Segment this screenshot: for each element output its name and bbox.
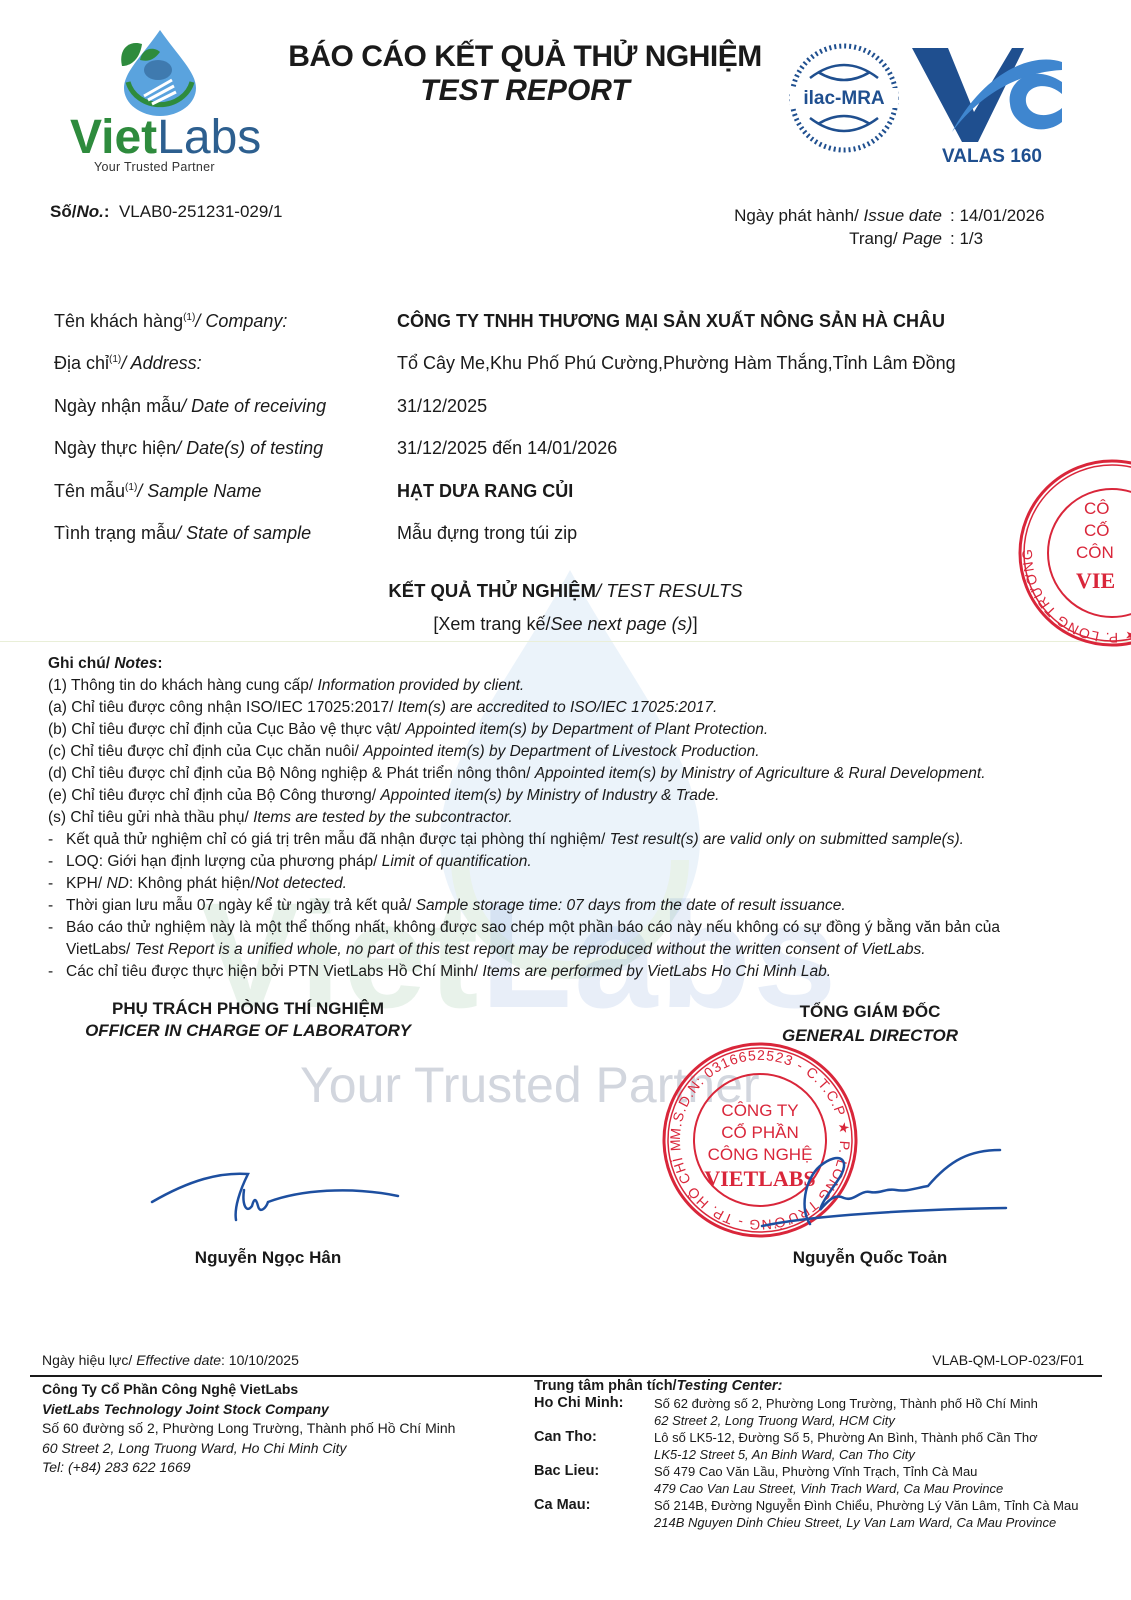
info-value: Tổ Cây Me,Khu Phố Phú Cường,Phường Hàm T… — [397, 353, 1054, 374]
info-row: Ngày thực hiện/ Date(s) of testing31/12/… — [54, 428, 1054, 471]
info-label: Ngày nhận mẫu/ Date of receiving — [54, 396, 397, 417]
info-label: Tình trạng mẫu/ State of sample — [54, 523, 397, 544]
svg-text:CÔN: CÔN — [1076, 543, 1114, 562]
page-edge-stamp: M.S.D.N: 031 ★ P. LONG TRƯỜNG CÔ CỐ CÔN … — [1012, 458, 1131, 648]
logo-tagline: Your Trusted Partner — [94, 160, 215, 174]
note-item: (d) Chỉ tiêu được chỉ định của Bộ Nông n… — [48, 763, 1108, 785]
center-city: Bac Lieu: — [534, 1463, 654, 1480]
note-bullet: -LOQ: Giới hạn định lượng của phương phá… — [48, 851, 1108, 873]
info-row: Tên khách hàng(1)/ Company:CÔNG TY TNHH … — [54, 300, 1054, 343]
general-director-signature-icon — [760, 1140, 1010, 1230]
notes-heading: Ghi chú/ Notes: — [48, 653, 1108, 675]
info-value: 31/12/2025 đến 14/01/2026 — [397, 438, 1054, 459]
center-address-en: LK5-12 Street 5, An Binh Ward, Can Tho C… — [654, 1446, 1104, 1463]
company-name-en: VietLabs Technology Joint Stock Company — [42, 1400, 522, 1420]
report-title-vi: BÁO CÁO KẾT QUẢ THỬ NGHIỆM — [260, 40, 790, 74]
svg-text:M.S.D.N: 031 ★ P. LONG TRƯỜNG: M.S.D.N: 031 ★ P. LONG TRƯỜNG — [1019, 548, 1131, 646]
testing-center-row: Ca Mau:Số 214B, Đường Nguyễn Đình Chiểu,… — [534, 1497, 1104, 1514]
company-name-vi: Công Ty Cổ Phần Công Nghệ VietLabs — [42, 1380, 522, 1400]
center-address-vi: Số 479 Cao Văn Lầu, Phường Vĩnh Trạch, T… — [654, 1463, 1104, 1480]
info-value: CÔNG TY TNHH THƯƠNG MẠI SẢN XUẤT NÔNG SẢ… — [397, 311, 1054, 332]
report-number-value: VLAB0-251231-029/1 — [119, 202, 283, 221]
info-value: Mẫu đựng trong túi zip — [397, 523, 1054, 544]
info-row: Ngày nhận mẫu/ Date of receiving31/12/20… — [54, 385, 1054, 428]
sample-info-table: Tên khách hàng(1)/ Company:CÔNG TY TNHH … — [54, 300, 1054, 555]
effective-date: Ngày hiệu lực/ Effective date: 10/10/202… — [42, 1352, 299, 1368]
page-value: : 1/3 — [942, 227, 1070, 250]
note-item: (s) Chỉ tiêu gửi nhà thầu phụ/ Items are… — [48, 807, 1108, 829]
lab-officer-title: PHỤ TRÁCH PHÒNG THÍ NGHIỆM OFFICER IN CH… — [48, 998, 448, 1042]
company-address-en: 60 Street 2, Long Truong Ward, Ho Chi Mi… — [42, 1439, 522, 1459]
testing-center-row-en: 479 Cao Van Lau Street, Vinh Trach Ward,… — [534, 1480, 1104, 1497]
info-value: 31/12/2025 — [397, 396, 1054, 417]
testing-center-row: Can Tho:Lô số LK5-12, Đường Số 5, Phường… — [534, 1429, 1104, 1446]
testing-center-row-en: LK5-12 Street 5, An Binh Ward, Can Tho C… — [534, 1446, 1104, 1463]
company-address-vi: Số 60 đường số 2, Phường Long Trường, Th… — [42, 1419, 522, 1439]
testing-center-heading: Trung tâm phân tích/Testing Center: — [534, 1378, 1104, 1395]
note-item: (b) Chỉ tiêu được chỉ định của Cục Bảo v… — [48, 719, 1108, 741]
testing-center-row: Ho Chi Minh:Số 62 đường số 2, Phường Lon… — [534, 1395, 1104, 1412]
footer-divider — [30, 1375, 1102, 1377]
note-item: (1) Thông tin do khách hàng cung cấp/ In… — [48, 675, 1108, 697]
info-label: Ngày thực hiện/ Date(s) of testing — [54, 438, 397, 459]
report-meta: Ngày phát hành/ Issue date : 14/01/2026 … — [600, 204, 1070, 250]
center-address-en: 62 Street 2, Long Truong Ward, HCM City — [654, 1412, 1104, 1429]
page-row: Trang/ Page : 1/3 — [600, 227, 1070, 250]
ilac-mra-icon: ilac-MRA — [788, 42, 900, 154]
note-bullet: -Báo cáo thử nghiệm này là một thể thống… — [48, 917, 1108, 961]
info-label: Tên mẫu(1)/ Sample Name — [54, 481, 397, 502]
form-code: VLAB-QM-LOP-023/F01 — [870, 1352, 1084, 1368]
svg-text:CÔNG TY: CÔNG TY — [721, 1101, 798, 1120]
info-label: Tên khách hàng(1)/ Company: — [54, 311, 397, 332]
info-row: Tên mẫu(1)/ Sample NameHẠT DƯA RANG CỦI — [54, 470, 1054, 513]
see-next-page-note: [Xem trang kế/See next page (s)] — [0, 614, 1131, 635]
partial-stamp-icon: M.S.D.N: 031 ★ P. LONG TRƯỜNG CÔ CỐ CÔN … — [1012, 458, 1131, 648]
water-drop-globe-icon — [62, 26, 252, 118]
note-bullet: -KPH/ ND: Không phát hiện/Not detected. — [48, 873, 1108, 895]
note-item: (a) Chỉ tiêu được công nhận ISO/IEC 1702… — [48, 697, 1108, 719]
lab-officer-signature-icon — [150, 1150, 410, 1230]
center-city: Can Tho: — [534, 1429, 654, 1446]
note-bullet: -Các chỉ tiêu được thực hiện bởi PTN Vie… — [48, 961, 1108, 983]
info-label: Địa chỉ(1)/ Address: — [54, 353, 397, 374]
report-number: Số/No.: VLAB0-251231-029/1 — [50, 202, 283, 222]
note-bullet: -Kết quả thử nghiệm chỉ có giá trị trên … — [48, 829, 1108, 851]
issue-date-value: : 14/01/2026 — [942, 204, 1070, 227]
center-address-en: 479 Cao Van Lau Street, Vinh Trach Ward,… — [654, 1480, 1104, 1497]
note-item: (c) Chỉ tiêu được chỉ định của Cục chăn … — [48, 741, 1108, 763]
test-results-heading: KẾT QUẢ THỬ NGHIỆM/ TEST RESULTS — [0, 580, 1131, 602]
svg-text:CÔ: CÔ — [1084, 499, 1110, 518]
center-city: Ho Chi Minh: — [534, 1395, 654, 1412]
info-value: HẠT DƯA RANG CỦI — [397, 481, 1054, 502]
vietlabs-logo: VietLabs Your Trusted Partner — [62, 26, 252, 176]
center-address-vi: Lô số LK5-12, Đường Số 5, Phường An Bình… — [654, 1429, 1104, 1446]
logo-brand-text: VietLabs — [70, 114, 261, 162]
vc-accreditation-icon — [912, 42, 1072, 146]
company-phone: Tel: (+84) 283 622 1669 — [42, 1458, 522, 1478]
center-address-en: 214B Nguyen Dinh Chieu Street, Ly Van La… — [654, 1514, 1104, 1531]
center-address-vi: Số 62 đường số 2, Phường Long Trường, Th… — [654, 1395, 1104, 1412]
testing-center-row-en: 62 Street 2, Long Truong Ward, HCM City — [534, 1412, 1104, 1429]
info-row: Địa chỉ(1)/ Address:Tổ Cây Me,Khu Phố Ph… — [54, 343, 1054, 386]
valas-logo: VALAS 160 — [912, 42, 1072, 172]
issue-date-row: Ngày phát hành/ Issue date : 14/01/2026 — [600, 204, 1070, 227]
note-item: (e) Chỉ tiêu được chỉ định của Bộ Công t… — [48, 785, 1108, 807]
testing-center-row: Bac Lieu:Số 479 Cao Văn Lầu, Phường Vĩnh… — [534, 1463, 1104, 1480]
testing-center-row-en: 214B Nguyen Dinh Chieu Street, Ly Van La… — [534, 1514, 1104, 1531]
svg-text:VIE: VIE — [1076, 568, 1115, 593]
testing-centers: Trung tâm phân tích/Testing Center: Ho C… — [534, 1378, 1104, 1531]
center-city: Ca Mau: — [534, 1497, 654, 1514]
info-row: Tình trạng mẫu/ State of sampleMẫu đựng … — [54, 513, 1054, 556]
valas-label: VALAS 160 — [942, 146, 1042, 168]
svg-text:ilac-MRA: ilac-MRA — [803, 88, 885, 109]
center-address-vi: Số 214B, Đường Nguyễn Đình Chiểu, Phường… — [654, 1497, 1104, 1514]
note-bullet: -Thời gian lưu mẫu 07 ngày kể từ ngày tr… — [48, 895, 1108, 917]
lab-officer-name: Nguyễn Ngọc Hân — [48, 1248, 488, 1268]
svg-text:CỐ: CỐ — [1084, 520, 1110, 540]
notes-section: Ghi chú/ Notes: (1) Thông tin do khách h… — [48, 653, 1108, 983]
page-fold-line — [0, 641, 1131, 642]
report-title-en: TEST REPORT — [260, 74, 790, 108]
general-director-name: Nguyễn Quốc Toản — [720, 1248, 1020, 1268]
ilac-mra-logo: ilac-MRA — [788, 42, 900, 154]
company-info: Công Ty Cổ Phần Công Nghệ VietLabs VietL… — [42, 1380, 522, 1478]
